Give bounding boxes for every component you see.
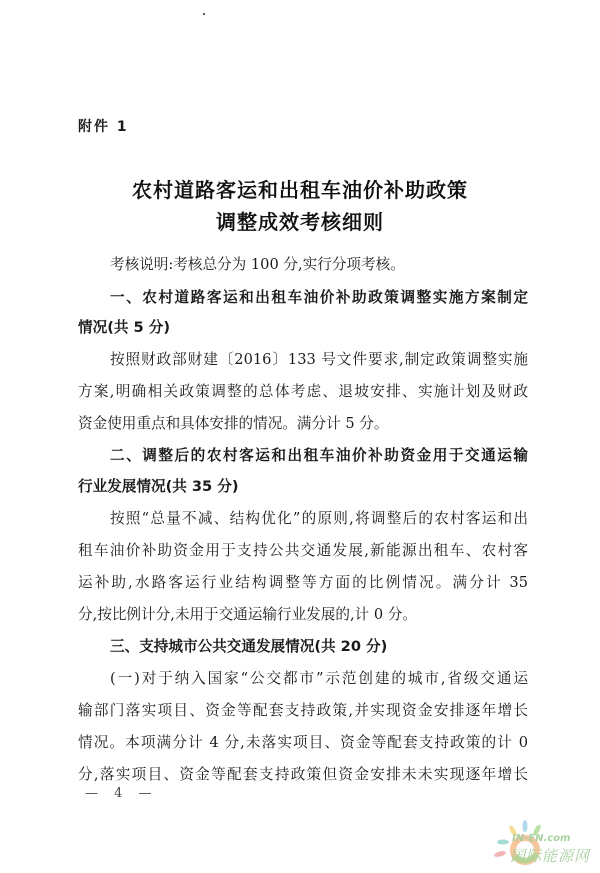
paragraph-line: 运补助,水路客运行业结构调整等方面的比例情况。满分计 35 <box>78 571 528 592</box>
section-heading-line: 二、调整后的农村客运和出租车油价补助资金用于交通运输 <box>110 444 528 465</box>
page-number: — 4 — <box>85 786 158 801</box>
document-title-line2: 调整成效考核细则 <box>0 206 600 235</box>
paragraph-line: 资金使用重点和具体安排的情况。满分计 5 分。 <box>78 412 528 433</box>
paragraph-line: 情况。本项满分计 4 分,未落实项目、资金等配套支持政策的计 0 <box>78 731 528 752</box>
attachment-label: 附件 1 <box>78 116 129 136</box>
watermark-brand-en: IN-EN.com <box>512 833 570 844</box>
section-heading-line: 情况(共 5 分) <box>78 316 528 337</box>
paragraph-line: 租车油价补助资金用于支持公共交通发展,新能源出租车、农村客 <box>78 539 528 560</box>
document-title-line1: 农村道路客运和出租车油价补助政策 <box>0 174 600 203</box>
paragraph-line: 输部门落实项目、资金等配套支持政策,并实现资金安排逐年增长 <box>78 699 528 720</box>
paragraph-line: 按照“总量不减、结构优化”的原则,将调整后的农村客运和出 <box>110 507 528 528</box>
paragraph-line: 分,按比例计分,未用于交通运输行业发展的,计 0 分。 <box>78 603 528 624</box>
paragraph-line: 考核说明:考核总分为 100 分,实行分项考核。 <box>110 253 528 274</box>
watermark-brand-cn: 国际能源网 <box>510 845 590 866</box>
scan-artifact-dot <box>203 13 205 15</box>
paragraph-line: 按照财政部财建〔2016〕133 号文件要求,制定政策调整实施 <box>110 348 528 369</box>
paragraph-line: 分,落实项目、资金等配套支持政策但资金安排未未实现逐年增长 <box>78 763 528 784</box>
section-heading-line: 三、支持城市公共交通发展情况(共 20 分) <box>110 635 528 656</box>
section-heading-line: 一、农村道路客运和出租车油价补助政策调整实施方案制定 <box>110 286 528 307</box>
paragraph-line: 方案,明确相关政策调整的总体考虑、退坡安排、实施计划及财政 <box>78 380 528 401</box>
section-heading-line: 行业发展情况(共 35 分) <box>78 475 528 496</box>
paragraph-line: (一)对于纳入国家“公交都市”示范创建的城市,省级交通运 <box>110 667 528 688</box>
